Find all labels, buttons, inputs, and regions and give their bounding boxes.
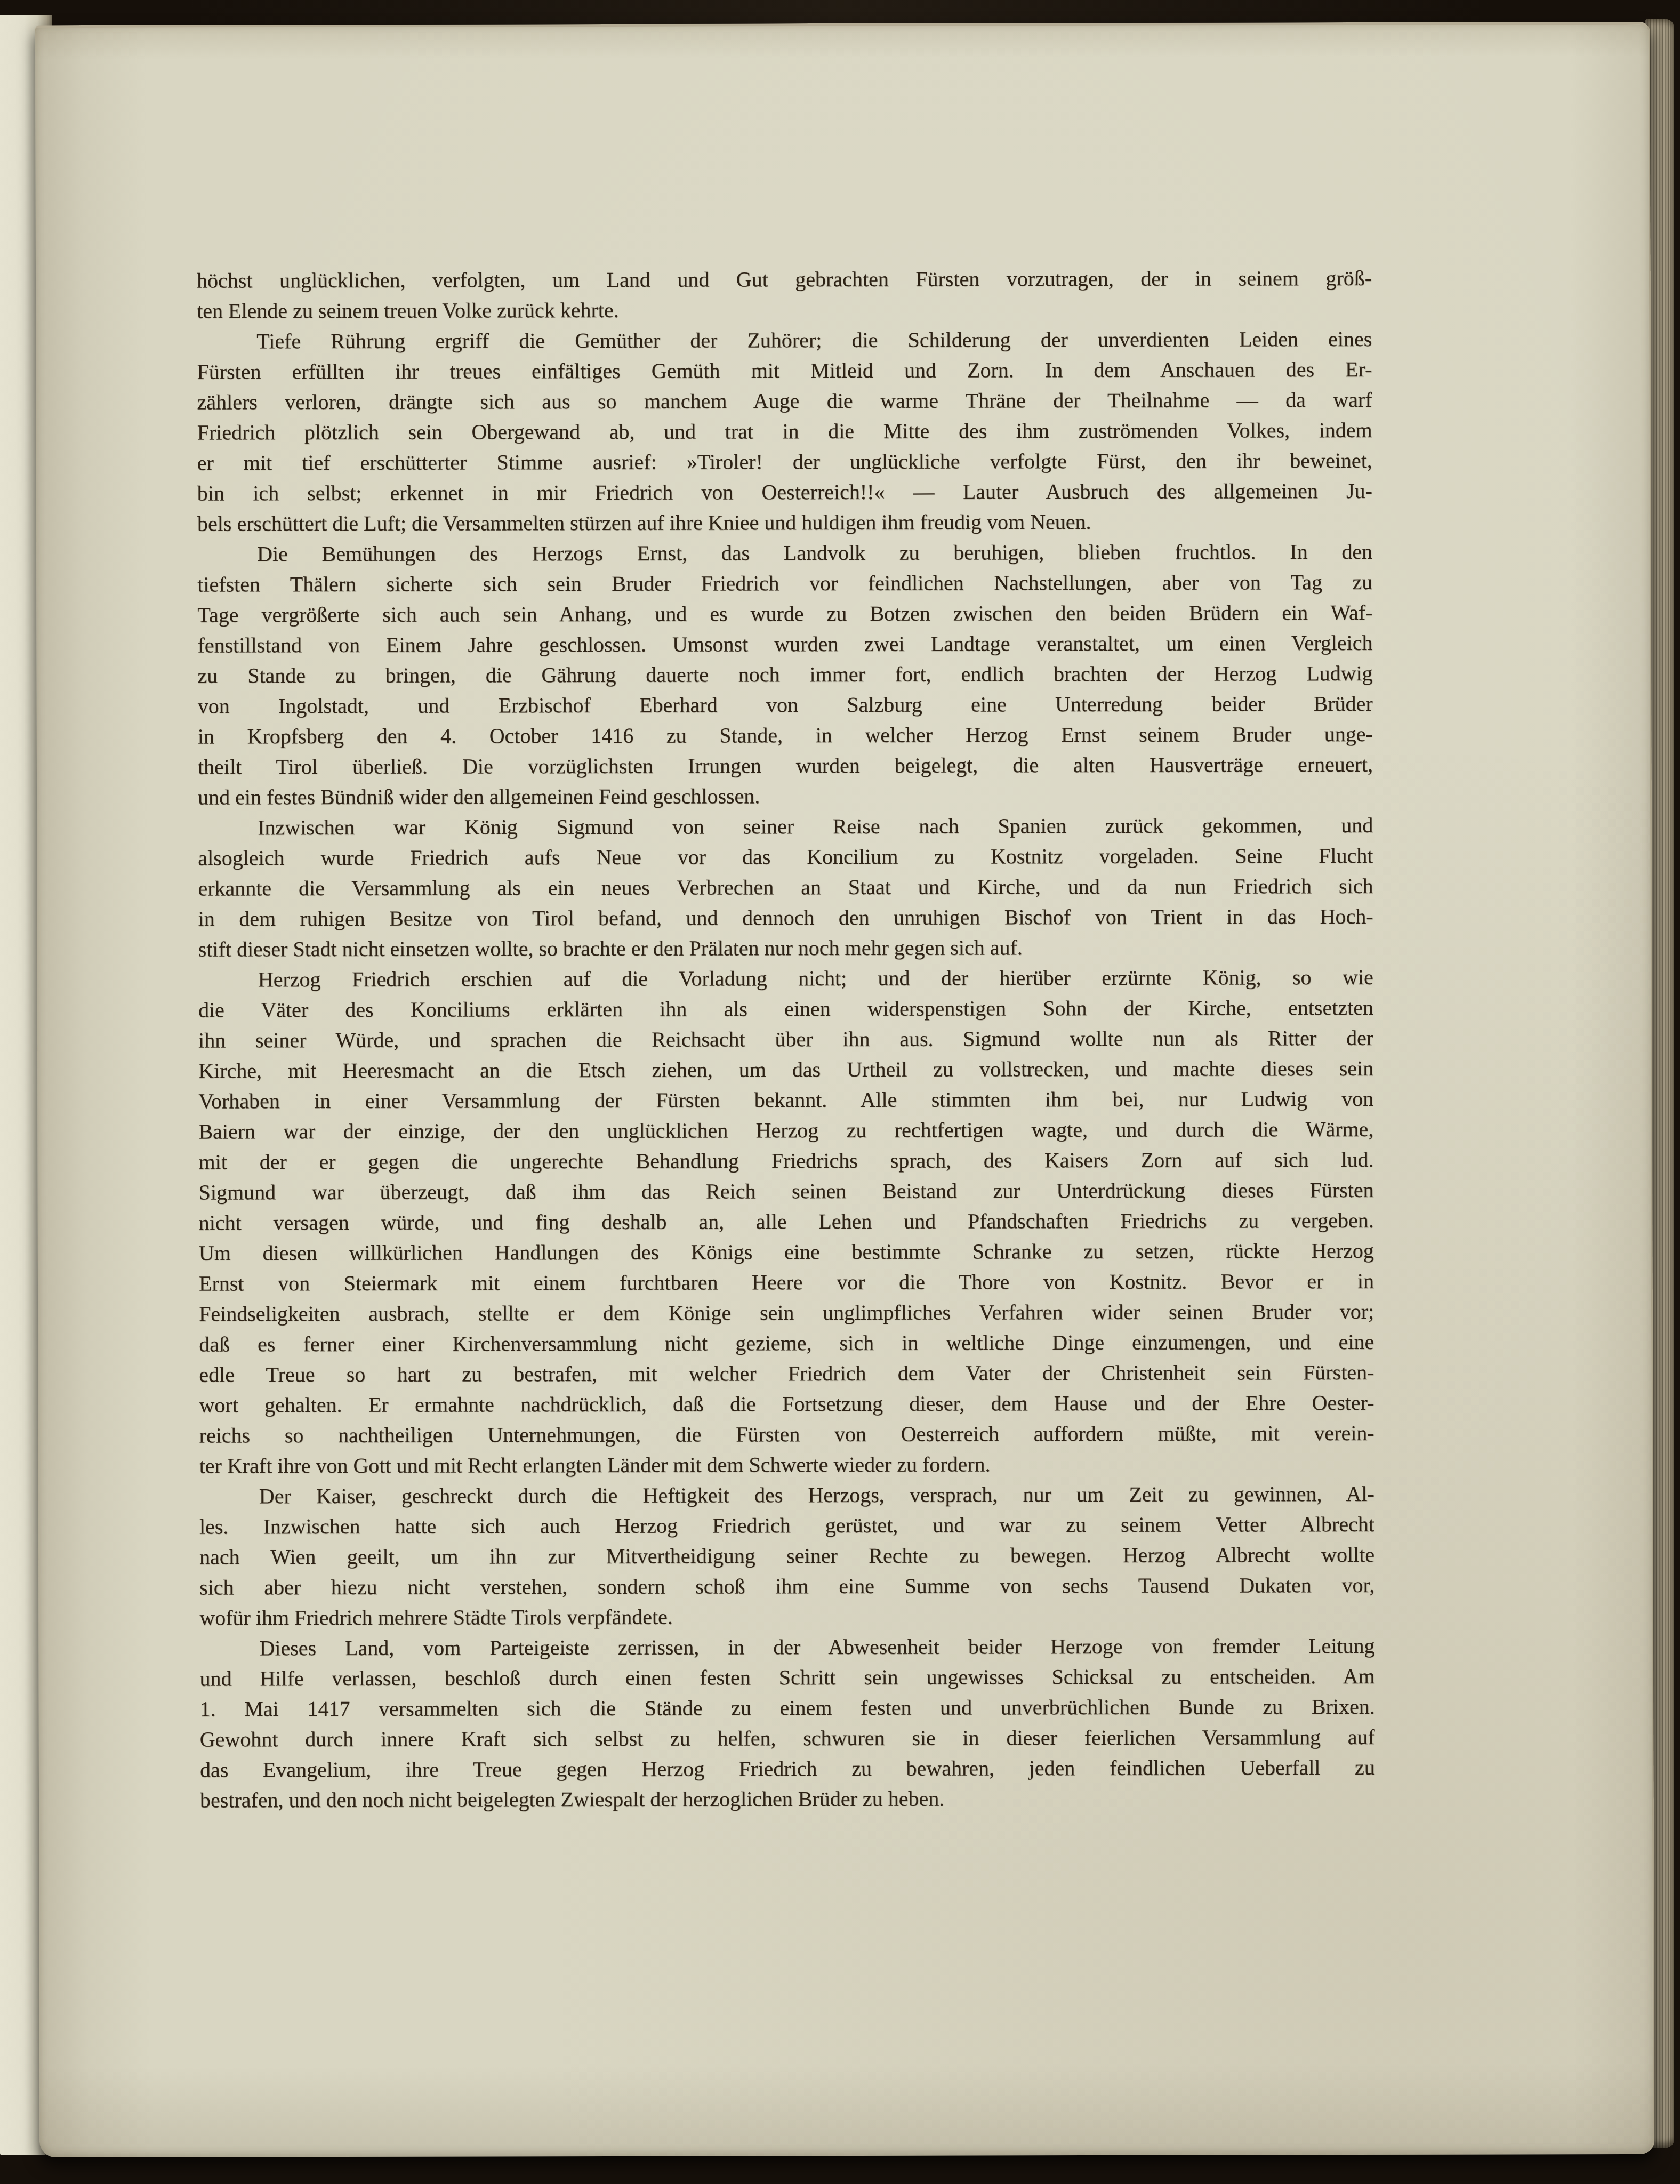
text-line: wofür ihm Friedrich mehrere Städte Tirol… — [199, 1600, 1374, 1633]
paragraph: Die Bemühungen des Herzogs Ernst, das La… — [197, 536, 1373, 813]
text-line: edle Treue so hart zu bestrafen, mit wel… — [199, 1357, 1374, 1390]
text-line: in Kropfsberg den 4. October 1416 zu Sta… — [198, 719, 1373, 752]
paragraph: Herzog Friedrich erschien auf die Vorlad… — [198, 962, 1374, 1481]
paragraph: Der Kaiser, geschreckt durch die Heftigk… — [199, 1479, 1375, 1633]
text-line: reichs so nachtheiligen Unternehmungen, … — [199, 1418, 1374, 1451]
text-line: zählers verloren, drängte sich aus so ma… — [197, 384, 1372, 417]
text-line: nicht versagen würde, und fing deshalb a… — [199, 1205, 1374, 1238]
text-line: Um diesen willkürlichen Handlungen des K… — [199, 1235, 1374, 1268]
text-line: Ernst von Steiermark mit einem furchtbar… — [199, 1266, 1374, 1299]
text-line: bels erschüttert die Luft; die Versammel… — [197, 506, 1372, 539]
text-line: das Evangelium, ihre Treue gegen Herzog … — [200, 1752, 1375, 1785]
text-line: sich aber hiezu nicht verstehen, sondern… — [199, 1570, 1374, 1603]
text-line: fenstillstand von Einem Jahre geschlosse… — [197, 628, 1372, 661]
text-line: theilt Tirol überließ. Die vorzüglichste… — [198, 749, 1373, 782]
text-line: Tage vergrößerte sich auch sein Anhang, … — [197, 597, 1372, 630]
text-line: Friedrich plötzlich sein Obergewand ab, … — [197, 415, 1372, 448]
text-line: er mit tief erschütterter Stimme ausrief… — [197, 445, 1372, 478]
text-line: wort gehalten. Er ermahnte nachdrücklich… — [199, 1387, 1374, 1420]
paragraph: höchst unglücklichen, verfolgten, um Lan… — [197, 263, 1372, 326]
text-line: erkannte die Versammlung als ein neues V… — [198, 871, 1373, 904]
paragraph: Tiefe Rührung ergriff die Gemüther der Z… — [197, 324, 1372, 539]
text-line: tiefsten Thälern sicherte sich sein Brud… — [197, 567, 1372, 600]
text-line: mit der er gegen die ungerechte Behandlu… — [198, 1144, 1373, 1177]
text-line: Dieses Land, vom Parteigeiste zerrissen,… — [199, 1631, 1374, 1664]
text-line: Vorhaben in einer Versammlung der Fürste… — [198, 1083, 1373, 1117]
paragraph: Dieses Land, vom Parteigeiste zerrissen,… — [199, 1631, 1375, 1816]
text-line: ihn seiner Würde, und sprachen die Reich… — [198, 1023, 1373, 1056]
text-line: ter Kraft ihre von Gott und mit Recht er… — [199, 1448, 1374, 1481]
text-line: die Väter des Konciliums erklärten ihn a… — [198, 992, 1373, 1025]
text-line: und ein festes Bündniß wider den allgeme… — [198, 780, 1373, 813]
book-page: höchst unglücklichen, verfolgten, um Lan… — [35, 22, 1654, 2157]
text-line: von Ingolstadt, und Erzbischof Eberhard … — [198, 688, 1373, 721]
text-line: Kirche, mit Heeresmacht an die Etsch zie… — [198, 1053, 1373, 1086]
text-line: Tiefe Rührung ergriff die Gemüther der Z… — [197, 324, 1372, 357]
text-line: Der Kaiser, geschreckt durch die Heftigk… — [199, 1479, 1374, 1512]
text-line: Baiern war der einzige, der den unglückl… — [198, 1114, 1373, 1147]
text-line: Gewohnt durch innere Kraft sich selbst z… — [200, 1722, 1375, 1755]
text-line: Herzog Friedrich erschien auf die Vorlad… — [198, 962, 1373, 995]
text-line: Feindseligkeiten ausbrach, stellte er de… — [199, 1296, 1374, 1329]
text-line: höchst unglücklichen, verfolgten, um Lan… — [197, 263, 1372, 296]
text-line: 1. Mai 1417 versammelten sich die Stände… — [200, 1691, 1375, 1724]
text-line: daß es ferner einer Kirchenversammlung n… — [199, 1327, 1374, 1360]
text-line: nach Wien geeilt, um ihn zur Mitvertheid… — [199, 1539, 1374, 1572]
text-line: Fürsten erfüllten ihr treues einfältiges… — [197, 354, 1372, 387]
text-line: zu Stande zu bringen, die Gährung dauert… — [197, 658, 1372, 691]
text-line: Die Bemühungen des Herzogs Ernst, das La… — [197, 536, 1372, 569]
text-line: stift dieser Stadt nicht einsetzen wollt… — [198, 932, 1373, 965]
text-line: bestrafen, und den noch nicht beigelegte… — [200, 1782, 1375, 1816]
text-line: ten Elende zu seinem treuen Volke zurück… — [197, 293, 1372, 326]
text-line: in dem ruhigen Besitze von Tirol befand,… — [198, 901, 1373, 934]
scan-background: höchst unglücklichen, verfolgten, um Lan… — [0, 0, 1680, 2184]
paragraph: Inzwischen war König Sigmund von seiner … — [198, 810, 1373, 965]
text-line: Inzwischen war König Sigmund von seiner … — [198, 810, 1373, 843]
text-line: bin ich selbst; erkennet in mir Friedric… — [197, 476, 1372, 509]
page-text-block: höchst unglücklichen, verfolgten, um Lan… — [197, 263, 1375, 1816]
text-line: Sigmund war überzeugt, daß ihm das Reich… — [199, 1175, 1374, 1208]
text-line: alsogleich wurde Friedrich aufs Neue vor… — [198, 840, 1373, 873]
text-line: les. Inzwischen hatte sich auch Herzog F… — [199, 1509, 1374, 1542]
text-line: und Hilfe verlassen, beschloß durch eine… — [199, 1661, 1374, 1694]
